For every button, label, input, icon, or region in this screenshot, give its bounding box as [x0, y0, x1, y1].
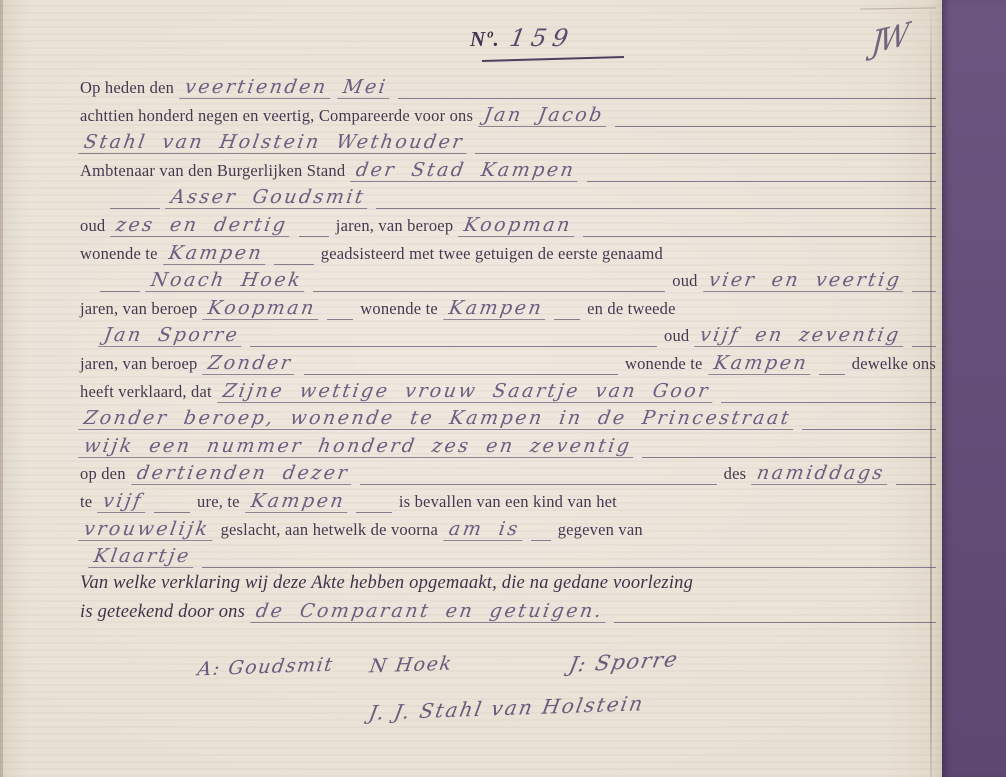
handwritten-text: am is: [443, 518, 525, 541]
form-line: Noach Hoek oudvier en veertig: [80, 269, 936, 297]
handwritten-text: Kampen: [245, 490, 351, 513]
printed-text: heeft verklaard, dat: [80, 382, 212, 402]
printed-text: is geteekend door ons: [80, 602, 245, 623]
rule-line: [642, 439, 936, 458]
rule-line: [398, 80, 936, 99]
rule-line: [376, 190, 936, 209]
rule-line: [896, 466, 936, 485]
page-left-edge: [0, 0, 3, 777]
form-line: wijk een nummer honderd zes en zeventig: [80, 435, 936, 463]
printed-text: oud: [672, 271, 697, 291]
handwritten-text: vier en veertig: [703, 269, 907, 292]
rule-line: [802, 411, 936, 430]
rule-line: [360, 466, 717, 485]
handwritten-text: Zonder beroep, wonende te Kampen in de P…: [78, 407, 797, 430]
form-line: heeft verklaard, datZijne wettige vrouw …: [80, 380, 936, 408]
printed-text: geadsisteerd met twee getuigen de eerste…: [321, 244, 663, 264]
form-line: Van welke verklaring wij deze Akte hebbe…: [80, 573, 936, 601]
rule-line: [531, 522, 551, 541]
printed-text: Van welke verklaring wij deze Akte hebbe…: [80, 573, 693, 594]
handwritten-text: Koopman: [203, 297, 322, 320]
handwritten-text: Mei: [337, 76, 393, 99]
printed-text: wonende te: [625, 354, 703, 374]
handwritten-text: Zijne wettige vrouw Saartje van Goor: [217, 380, 715, 403]
form-line: Klaartje: [80, 545, 936, 573]
book-binding: [942, 0, 1006, 777]
signature-block: A: Goudsmit N Hoek J: Sporre J. J. Stahl…: [80, 648, 936, 758]
rule-line: [912, 273, 936, 292]
handwritten-text: dertienden dezer: [131, 462, 355, 485]
printed-text: te: [80, 492, 92, 512]
rule-line: [614, 604, 936, 623]
printed-text: jaren, van beroep: [336, 216, 453, 236]
form-line: vrouwelijkgeslacht, aan hetwelk de voorn…: [80, 518, 936, 546]
handwritten-text: Kampen: [708, 352, 814, 375]
handwritten-text: vrouwelijk: [78, 518, 215, 541]
handwritten-text: Asser Goudsmit: [165, 186, 371, 209]
rule-line: [587, 163, 936, 182]
record-number-header: Nº. 159: [470, 24, 574, 52]
rule-line: [615, 108, 936, 127]
signature-official: J. J. Stahl van Holstein: [367, 691, 647, 725]
printed-text: gegeven van: [558, 520, 643, 540]
form-line: op dendertienden dezer desnamiddags: [80, 462, 936, 490]
form-line: Jan Sporre oudvijf en zeventig: [80, 324, 936, 352]
signature-witness1: A: Goudsmit: [196, 654, 335, 681]
form-line: is geteekend door onsde Comparant en get…: [80, 600, 936, 628]
rule-line: [299, 218, 329, 237]
handwritten-text: Kampen: [163, 242, 269, 265]
rule-line: [327, 301, 353, 320]
form-line: Stahl van Holstein Wethouder: [80, 131, 936, 159]
printed-text: oud: [664, 326, 689, 346]
printed-text: ure, te: [197, 492, 240, 512]
rule-line: [554, 301, 580, 320]
printed-text: achttien honderd negen en veertig, Compa…: [80, 106, 473, 126]
rule-line: [202, 549, 936, 568]
handwritten-text: Stahl van Holstein Wethouder: [78, 131, 470, 154]
form-line: jaren, van beroepZonder wonende teKampen…: [80, 352, 936, 380]
handwritten-text: Kampen: [443, 297, 549, 320]
scanned-birth-record: { "page": { "folio_mark": "JW" }, "heade…: [0, 0, 1006, 777]
rule-line: [154, 494, 190, 513]
document-lines: Op heden denveertiendenMei achttien hond…: [80, 76, 936, 628]
rule-line: [912, 328, 936, 347]
printed-text: Ambtenaar van den Burgerlijken Stand: [80, 161, 345, 181]
signature-witness3: J: Sporre: [567, 647, 681, 677]
printed-text: Op heden den: [80, 78, 174, 98]
rule-line: [274, 246, 314, 265]
rule-line: [250, 328, 657, 347]
handwritten-text: vijf en zeventig: [695, 324, 907, 347]
form-line: tevijf ure, teKampen is bevallen van een…: [80, 490, 936, 518]
handwritten-text: Koopman: [458, 214, 577, 237]
printed-text: en de tweede: [587, 299, 676, 319]
handwritten-text: wijk een nummer honderd zes en zeventig: [78, 435, 637, 458]
form-line: jaren, van beroepKoopman wonende teKampe…: [80, 297, 936, 325]
form-line: Ambtenaar van den Burgerlijken Standder …: [80, 159, 936, 187]
handwritten-text: de Comparant en getuigen.: [250, 600, 609, 623]
rule-line: [304, 356, 618, 375]
rule-line: [721, 384, 936, 403]
handwritten-text: Zonder: [203, 352, 299, 375]
printed-text: jaren, van beroep: [80, 299, 197, 319]
rule-line: [313, 273, 665, 292]
form-line: oudzes en dertig jaren, van beroepKoopma…: [80, 214, 936, 242]
handwritten-text: zes en dertig: [111, 214, 294, 237]
rule-line: [475, 135, 936, 154]
form-line: achttien honderd negen en veertig, Compa…: [80, 104, 936, 132]
handwritten-text: Noach Hoek: [145, 269, 308, 292]
printed-text: geslacht, aan hetwelk de voorna: [221, 520, 438, 540]
rule-line: [110, 190, 160, 209]
printed-text: dewelke ons: [852, 354, 936, 374]
rule-line: [583, 218, 936, 237]
printed-text: des: [724, 464, 747, 484]
form-line: Asser Goudsmit: [80, 186, 936, 214]
record-number-value: 159: [507, 24, 576, 52]
rule-line: [100, 273, 140, 292]
form-line: Op heden denveertiendenMei: [80, 76, 936, 104]
rule-line: [819, 356, 845, 375]
printed-text: jaren, van beroep: [80, 354, 197, 374]
form-line: Zonder beroep, wonende te Kampen in de P…: [80, 407, 936, 435]
printed-text: wonende te: [80, 244, 158, 264]
handwritten-text: veertienden: [179, 76, 333, 99]
handwritten-text: vijf: [97, 490, 148, 513]
handwritten-text: Klaartje: [88, 545, 196, 568]
handwritten-text: namiddags: [751, 462, 890, 485]
handwritten-text: Jan Jacob: [478, 104, 610, 127]
printed-text: wonende te: [360, 299, 438, 319]
printed-text: is bevallen van een kind van het: [399, 492, 617, 512]
signature-witness2: N Hoek: [368, 653, 454, 678]
handwritten-text: der Stad Kampen: [351, 159, 582, 182]
rule-line: [356, 494, 392, 513]
printed-text: oud: [80, 216, 105, 236]
handwritten-text: Jan Sporre: [98, 324, 245, 347]
record-number-label: Nº.: [470, 27, 500, 52]
form-line: wonende teKampen geadsisteerd met twee g…: [80, 242, 936, 270]
printed-text: op den: [80, 464, 126, 484]
